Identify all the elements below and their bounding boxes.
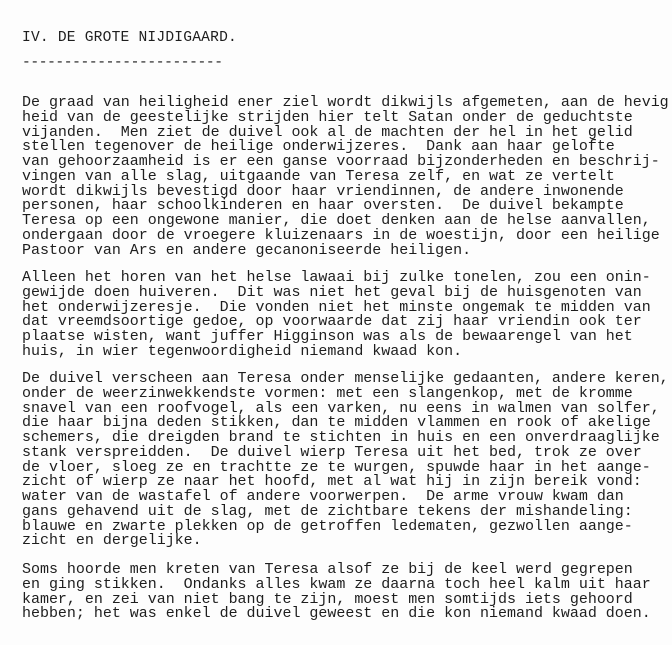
text-line: zicht en dergelijke.: [22, 534, 672, 549]
paragraph-2: Alleen het horen van het helse lawaai bi…: [22, 271, 672, 360]
chapter-title: IV. DE GROTE NIJDIGAARD.: [22, 30, 237, 46]
paragraph-4: Soms hoorde men kreten van Teresa alsof …: [22, 563, 672, 622]
typewritten-page: IV. DE GROTE NIJDIGAARD. ---------------…: [0, 0, 672, 645]
text-line: hebben; het was enkel de duivel geweest …: [22, 607, 672, 622]
paragraph-1: De graad van heiligheid ener ziel wordt …: [22, 96, 672, 258]
title-underline: ------------------------: [22, 55, 223, 71]
paragraph-3: De duivel verscheen aan Teresa onder men…: [22, 372, 672, 549]
text-line: huis, in wier tegenwoordigheid niemand k…: [22, 345, 672, 360]
text-line: Pastoor van Ars en andere gecanoniseerde…: [22, 244, 672, 259]
